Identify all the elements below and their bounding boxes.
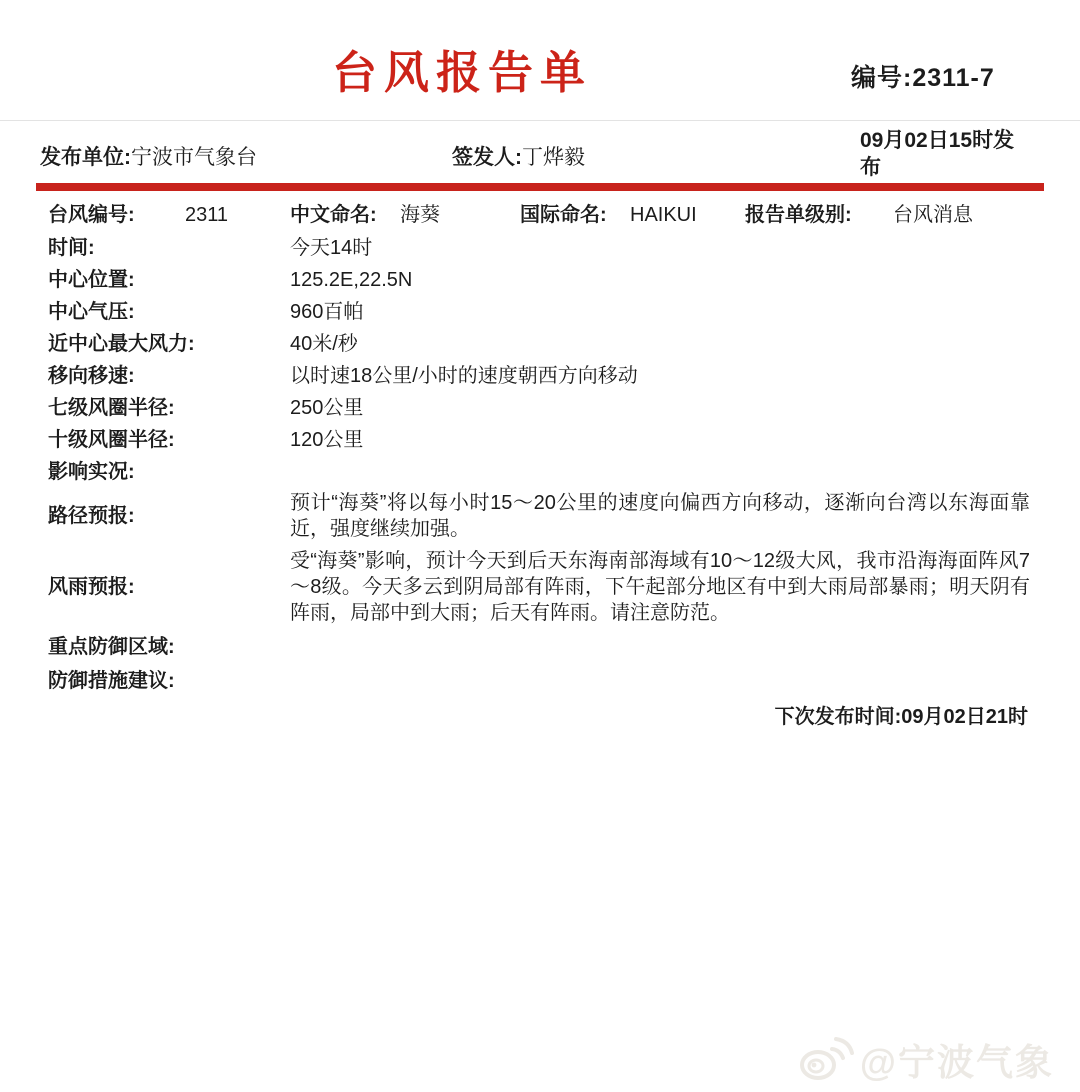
field-value: 125.2E,22.5N	[290, 264, 1080, 296]
field-label: 七级风圈半径:	[48, 392, 290, 424]
field-label: 重点防御区域:	[48, 630, 290, 664]
field-label: 风雨预报:	[48, 574, 290, 600]
field-label: 移向移速:	[48, 360, 290, 392]
field-label: 十级风圈半径:	[48, 424, 290, 456]
field-value: 250公里	[290, 392, 1080, 424]
field-value: 40米/秒	[290, 328, 1080, 360]
signer-label: 签发人:	[452, 146, 522, 169]
field-row-level7-radius: 七级风圈半径: 250公里	[0, 392, 1080, 424]
field-label: 中心位置:	[48, 264, 290, 296]
typhoon-id-row: 台风编号: 2311 中文命名: 海葵 国际命名: HAIKUI 报告单级别: …	[0, 200, 1080, 232]
report-level-value: 台风消息	[893, 200, 1080, 232]
report-body: 台风编号: 2311 中文命名: 海葵 国际命名: HAIKUI 报告单级别: …	[0, 198, 1080, 732]
field-row-track-forecast: 路径预报: 预计“海葵”将以每小时15～20公里的速度向偏西方向移动，逐渐向台湾…	[0, 488, 1080, 546]
report-number: 编号:2311-7	[851, 58, 995, 94]
red-divider	[36, 183, 1044, 191]
field-label: 路径预报:	[48, 503, 290, 529]
typhoon-number-value: 2311	[185, 200, 290, 232]
chinese-name-value: 海葵	[400, 200, 520, 232]
field-row-movement: 移向移速: 以时速18公里/小时的速度朝西方向移动	[0, 360, 1080, 392]
field-row-center-pressure: 中心气压: 960百帕	[0, 296, 1080, 328]
issuer-value: 宁波市气象台	[131, 146, 257, 169]
issuer-label: 发布单位:	[40, 146, 131, 169]
weibo-logo-icon	[794, 1034, 856, 1084]
field-row-defense-suggestions: 防御措施建议:	[0, 664, 1080, 698]
document-header: 发布单位:宁波市气象台 签发人:丁烨毅 09月02日15时发布	[0, 120, 1080, 183]
chinese-name-label: 中文命名:	[290, 200, 400, 232]
field-value: 120公里	[290, 424, 1080, 456]
signer: 签发人:丁烨毅	[452, 141, 585, 171]
signer-value: 丁烨毅	[522, 146, 585, 169]
field-row-max-wind: 近中心最大风力: 40米/秒	[0, 328, 1080, 360]
field-value: 受“海葵”影响，预计今天到后天东海南部海域有10～12级大风，我市沿海海面阵风7…	[290, 548, 1080, 626]
field-row-key-defense-area: 重点防御区域:	[0, 630, 1080, 664]
field-label: 近中心最大风力:	[48, 328, 290, 360]
field-value: 960百帕	[290, 296, 1080, 328]
next-issue-time: 下次发布时间:09月02日21时	[0, 702, 1080, 732]
field-value: 预计“海葵”将以每小时15～20公里的速度向偏西方向移动，逐渐向台湾以东海面靠近…	[290, 490, 1080, 542]
typhoon-number-label: 台风编号:	[48, 200, 185, 232]
field-row-time: 时间: 今天14时	[0, 232, 1080, 264]
watermark-text: @宁波气象	[860, 1032, 1054, 1086]
field-value: 今天14时	[290, 232, 1080, 264]
field-label: 时间:	[48, 232, 290, 264]
international-name-label: 国际命名:	[520, 200, 630, 232]
watermark: @宁波气象	[794, 1032, 1054, 1086]
field-row-center-position: 中心位置: 125.2E,22.5N	[0, 264, 1080, 296]
field-label: 中心气压:	[48, 296, 290, 328]
field-row-level10-radius: 十级风圈半径: 120公里	[0, 424, 1080, 456]
field-value	[290, 630, 1080, 664]
field-label: 影响实况:	[48, 456, 290, 488]
issue-time: 09月02日15时发布	[860, 127, 1030, 181]
field-row-impact-status: 影响实况:	[0, 456, 1080, 488]
typhoon-report-document: 台风报告单 编号:2311-7 发布单位:宁波市气象台 签发人:丁烨毅 09月0…	[0, 0, 1080, 1092]
issuer: 发布单位:宁波市气象台	[40, 141, 257, 171]
report-level-label: 报告单级别:	[745, 200, 893, 232]
field-label: 防御措施建议:	[48, 664, 290, 698]
page-title: 台风报告单	[332, 36, 592, 101]
international-name-value: HAIKUI	[630, 200, 745, 232]
field-row-wind-rain-forecast: 风雨预报: 受“海葵”影响，预计今天到后天东海南部海域有10～12级大风，我市沿…	[0, 546, 1080, 630]
field-value	[290, 456, 1080, 488]
field-value: 以时速18公里/小时的速度朝西方向移动	[290, 360, 1080, 392]
field-value	[290, 664, 1080, 698]
